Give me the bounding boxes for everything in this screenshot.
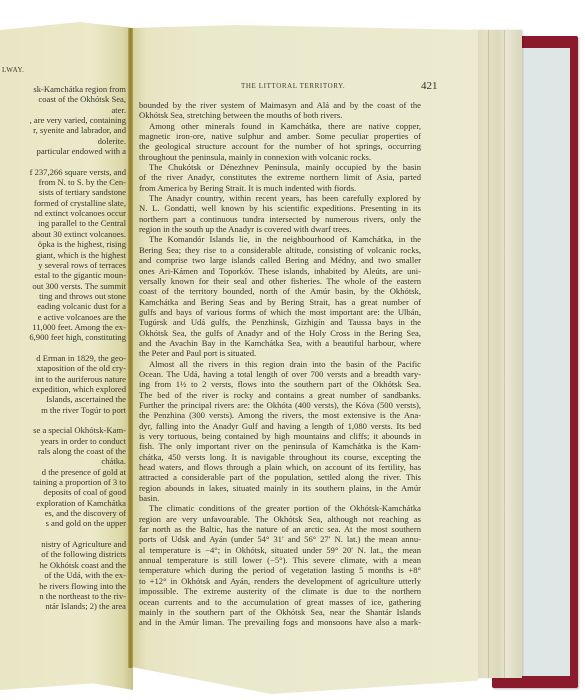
text-line: The bed of the river is rocky and contai… [139,390,421,400]
text-line: Islands, ascertained the [0,394,126,404]
text-line: exploration of Kamchátka [0,498,126,508]
text-line: expedition, which explored [0,384,126,394]
text-line: region abounds in lakes, situated mainly… [139,483,421,493]
text-line: magnetic iron-ore, native sulphur and am… [139,131,421,141]
text-line: Tugúrsk and Udá gulfs, the Penzhinsk, Gi… [139,317,421,327]
text-line: öpka is the highest, rising [0,239,126,249]
text-line: eading volcanic dust for a [0,301,126,311]
text-line: mainly in the southern part of the Okhót… [139,607,421,617]
text-line: fish. The only important river on the pe… [139,441,421,451]
text-line: nistry of Agriculture and [0,539,126,549]
text-line: he rivers flowing into the [0,581,126,591]
text-line: al temperature is −4°; in Okhótsk, situa… [139,545,421,555]
text-line [0,343,126,353]
text-line: of the following districts [0,549,126,559]
text-line: deposits of coal of good [0,487,126,497]
text-line: the Peter and Paul port is situated. [139,348,421,358]
text-line: estal to the gigantic moun- [0,270,126,280]
text-line: se a special Okhótsk-Kam- [0,425,126,435]
text-line: ing parallel to the Central [0,218,126,228]
text-line: bounded by the river system of Maimasyn … [139,100,421,110]
text-line: of the Udá, with the ex- [0,570,126,580]
text-line: d Erman in 1829, the geo- [0,353,126,363]
right-page-text: bounded by the river system of Maimasyn … [139,100,421,628]
text-line: Okhótsk Sea, the gulfs of Anadyr and of … [139,328,421,338]
book-photo: LWAY. sk-Kamchátka region fromcoast of t… [0,0,585,700]
text-line: Bering Sea; they rise to a considerable … [139,245,421,255]
text-line: head waters, and flows through a plain w… [139,462,421,472]
text-line: The Anadyr country, within recent years,… [139,193,421,203]
text-line: sk-Kamchátka region from [0,84,126,94]
text-line: The Chukótsk or Dénezhnev Peninsula, mai… [139,162,421,172]
text-line: is very tortuous, being contained by hig… [139,431,421,441]
text-line: es, and the discovery of [0,508,126,518]
text-line: n the northeast to the riv- [0,591,126,601]
right-running-head: THE LITTORAL TERRITORY. [241,82,345,90]
text-line [0,156,126,166]
text-line: m the river Togúr to port [0,405,126,415]
text-line: versally known for their seal and other … [139,276,421,286]
text-line: attracted a considerable part of the pop… [139,472,421,482]
text-line: N. L. Gondatti, well known by his scient… [139,203,421,213]
text-line: taining a proportion of 3 to [0,477,126,487]
text-line: sists of tertiary sandstone [0,187,126,197]
text-line: ater. [0,105,126,115]
text-line: 6,900 feet high, constituting [0,332,126,342]
text-line: ones Ari-Kámen and Toporkóv. These islan… [139,266,421,276]
text-line: rals along the coast of the [0,446,126,456]
text-line: far north as the Baltic, has the nature … [139,524,421,534]
text-line: d the presence of gold at [0,467,126,477]
left-page-text: sk-Kamchátka region fromcoast of the Okh… [0,84,126,612]
text-line: he Okhótsk coast and the [0,560,126,570]
text-line: to +12° in Okhótsk and Ayán, renders the… [139,576,421,586]
text-line: the Penzhina (300 versts). Among the riv… [139,410,421,420]
text-line: Kamchátka and Bering Seas and by Bering … [139,297,421,307]
text-line: The Komandór Islands lie, in the neighbo… [139,234,421,244]
left-running-head: LWAY. [2,66,24,74]
text-line: gulfs and bays of various forms of which… [139,307,421,317]
text-line: ntár Islands; 2) the area [0,601,126,611]
left-page: LWAY. sk-Kamchátka region fromcoast of t… [0,22,133,690]
text-line: northern part a continuous tundra inters… [139,214,421,224]
text-line: and comprise two large islands called Be… [139,255,421,265]
text-line: years in order to conduct [0,436,126,446]
text-line: Okhótsk Sea, stretching between the mout… [139,110,421,120]
text-line: chátka, 450 versts long. It is navigable… [139,452,421,462]
text-line: Among other minerals found in Kamchátka,… [139,121,421,131]
text-line: coast of the territory bounded, north of… [139,286,421,296]
text-line: annual temperature is still lower (−5°).… [139,555,421,565]
book-spine-gutter [128,28,133,668]
text-line: temperature which during the period of v… [139,565,421,575]
text-line: Ocean. The Udá, having a total length of… [139,369,421,379]
text-line: ting and throws out stone [0,291,126,301]
text-line: the geological structure account for the… [139,141,421,151]
text-line: ing from 1½ to 2 versts, flows into the … [139,379,421,389]
right-page: THE LITTORAL TERRITORY. 421 bounded by t… [133,24,478,694]
text-line: region in the south up the Anadyr is cov… [139,224,421,234]
text-line: nd extinct volcanoes occur [0,208,126,218]
text-line: f 237,266 square versts, and [0,167,126,177]
text-line: int to the auriferous nature [0,374,126,384]
text-line: particular endowed with a [0,146,126,156]
text-line: dolerite. [0,136,126,146]
text-line: Further the principal rivers are: the Ok… [139,400,421,410]
text-line: basin. [139,493,421,503]
text-line: , are very varied, containing [0,115,126,125]
text-line: Almost all the rivers in this region dra… [139,359,421,369]
text-line: e active volcanoes are the [0,312,126,322]
text-line: y several rows of terraces [0,260,126,270]
text-line: impossible. The extreme austerity of the… [139,586,421,596]
text-line [0,529,126,539]
text-line: r, syenite and labrador, and [0,125,126,135]
text-line: s and gold on the upper [0,518,126,528]
text-line: from N. to S. by the Cen- [0,177,126,187]
text-line: and the Avachin Bay in the Kamchátka Sea… [139,338,421,348]
text-line: from America by Bering Strait. It is muc… [139,183,421,193]
text-line: ports of Udsk and Ayán (under 54° 31′ an… [139,534,421,544]
page-number: 421 [421,80,438,92]
text-line: dyr, falling into the Anadyr Gulf and ha… [139,421,421,431]
text-line: formed of crystalline slate, [0,198,126,208]
text-line: xtaposition of the old cry- [0,363,126,373]
text-line: coast of the Okhótsk Sea, [0,94,126,104]
text-line: 11,000 feet. Among the ex- [0,322,126,332]
text-line: giant, which is the highest [0,250,126,260]
text-line: region are very unfavourable. The Okhóts… [139,514,421,524]
text-line [0,415,126,425]
text-line: about 30 extinct volcanoes. [0,229,126,239]
text-line: throughout the peninsula, mainly in conn… [139,152,421,162]
text-line: chátka. [0,456,126,466]
text-line: ocean currents and to the accumulation o… [139,597,421,607]
text-line: and in the Amúr liman. The prevailing fo… [139,617,421,627]
text-line: of the river Anadyr, constitutes the ext… [139,172,421,182]
text-line: out 300 versts. The summit [0,281,126,291]
text-line: The climatic conditions of the greater p… [139,503,421,513]
